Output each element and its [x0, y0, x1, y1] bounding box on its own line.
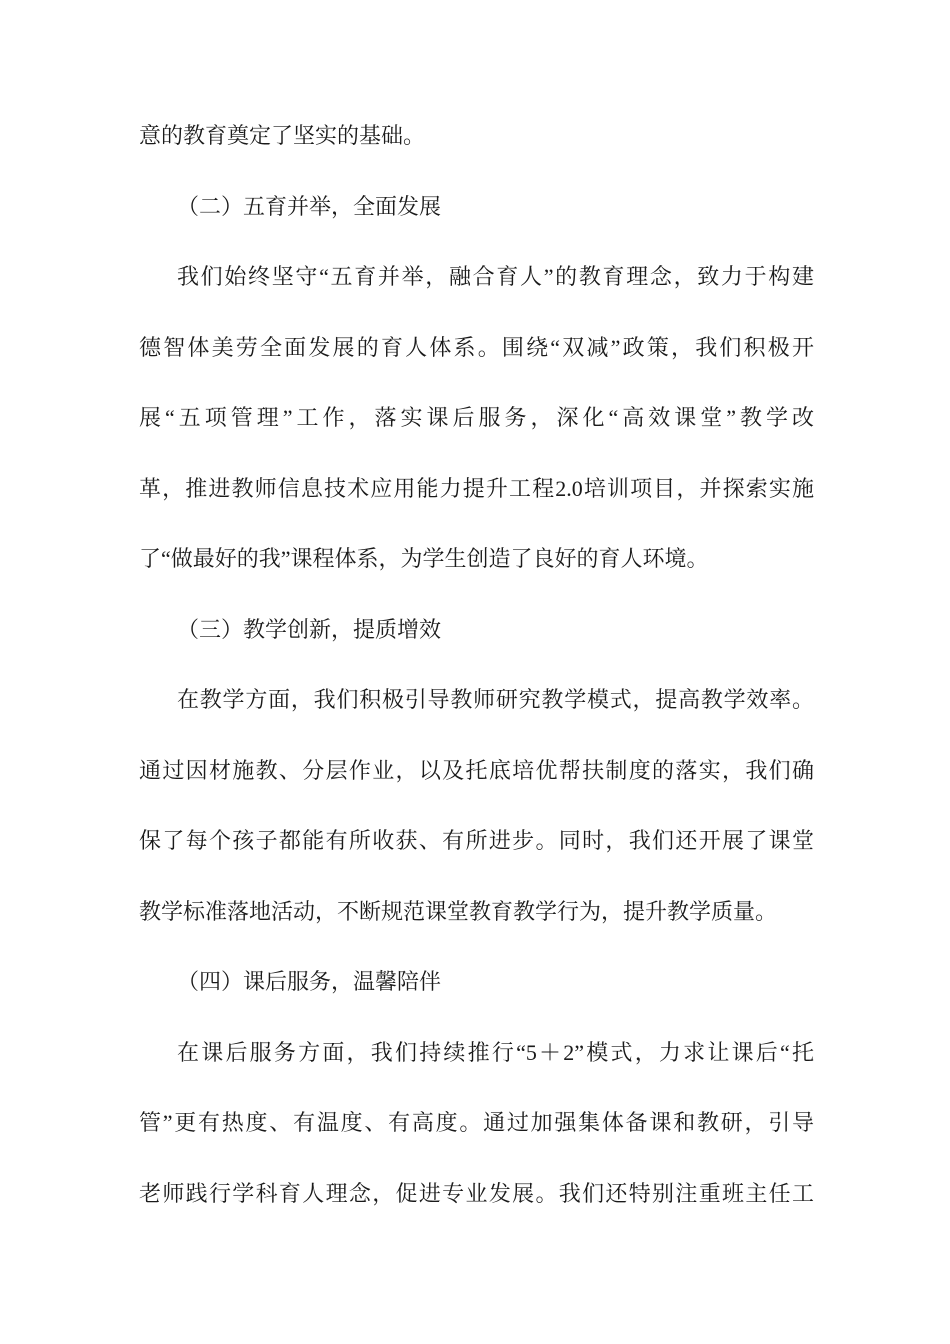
text-line: 管”更有热度、有温度、有高度。通过加强集体备课和教研，引导: [139, 1088, 814, 1159]
text-line: 展“五项管理”工作，落实课后服务，深化“高效课堂”教学改: [139, 383, 814, 454]
document-text-block: 意的教育奠定了坚实的基础。（二）五育并举，全面发展我们始终坚守“五育并举，融合育…: [139, 101, 814, 1229]
text-line: 在课后服务方面，我们持续推行“5＋2”模式，力求让课后“托: [139, 1018, 814, 1089]
document-page: 意的教育奠定了坚实的基础。（二）五育并举，全面发展我们始终坚守“五育并举，融合育…: [0, 0, 950, 1344]
text-line: 通过因材施教、分层作业，以及托底培优帮扶制度的落实，我们确: [139, 736, 814, 807]
text-line: 保了每个孩子都能有所收获、有所进步。同时，我们还开展了课堂: [139, 806, 814, 877]
text-line: 了“做最好的我”课程体系，为学生创造了良好的育人环境。: [139, 524, 814, 595]
text-line: 德智体美劳全面发展的育人体系。围绕“双减”政策，我们积极开: [139, 313, 814, 384]
text-line: （三）教学创新，提质增效: [139, 595, 814, 666]
text-line: 教学标准落地活动，不断规范课堂教育教学行为，提升教学质量。: [139, 877, 814, 948]
text-line: 意的教育奠定了坚实的基础。: [139, 101, 814, 172]
text-line: 我们始终坚守“五育并举，融合育人”的教育理念，致力于构建: [139, 242, 814, 313]
text-line: 在教学方面，我们积极引导教师研究教学模式，提高教学效率。: [139, 665, 814, 736]
text-line: 革，推进教师信息技术应用能力提升工程2.0培训项目，并探索实施: [139, 454, 814, 525]
text-line: （四）课后服务，温馨陪伴: [139, 947, 814, 1018]
text-line: （二）五育并举，全面发展: [139, 172, 814, 243]
text-line: 老师践行学科育人理念，促进专业发展。我们还特别注重班主任工: [139, 1159, 814, 1230]
